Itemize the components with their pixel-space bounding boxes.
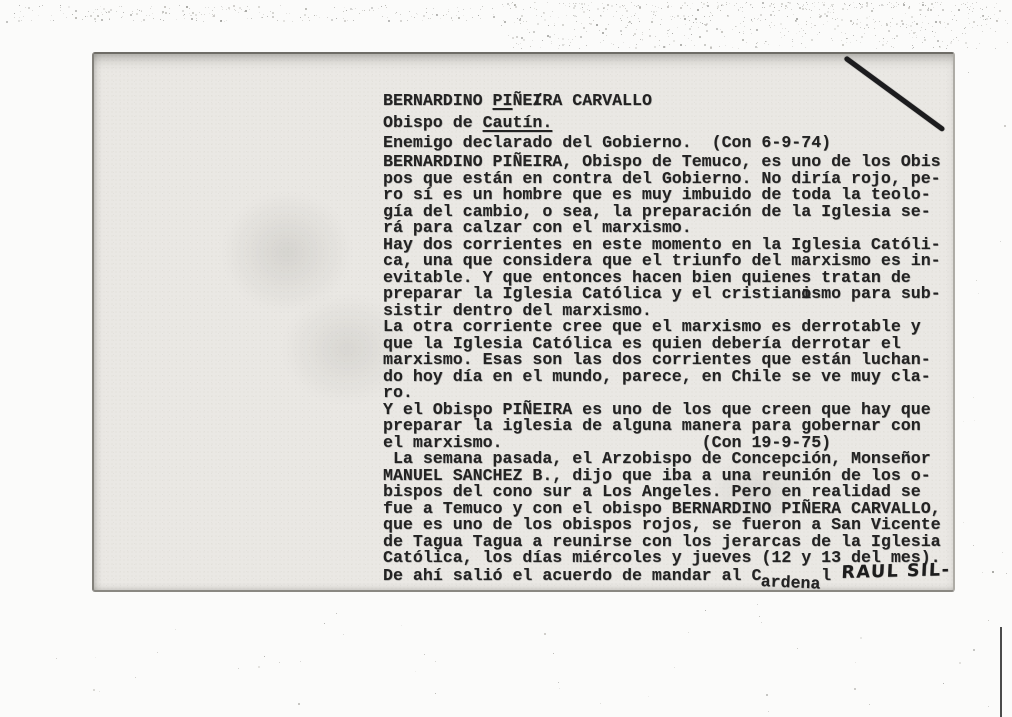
- typewritten-line: Obispo de Cautín.: [383, 115, 953, 132]
- text-segment: ÑE: [512, 91, 532, 110]
- text-segment: Cautín.: [483, 113, 553, 132]
- paper-smudge: [222, 192, 352, 312]
- typewritten-text: BERNARDINO PIÑEI/RA CARVALLOObispo de Ca…: [383, 93, 953, 583]
- text-segment: l: [821, 566, 841, 585]
- text-segment: RA CARVALLO: [542, 91, 652, 110]
- text-segment: smo para sub-: [811, 284, 940, 303]
- text-segment: BERNARDINO: [383, 91, 493, 110]
- index-card: BERNARDINO PIÑEI/RA CARVALLOObispo de Ca…: [92, 52, 955, 592]
- text-segment: do hoy día en el mundo, parece, en Chile…: [383, 367, 931, 386]
- text-segment: ardena: [761, 574, 821, 593]
- text-segment: De ahí salió el acuerdo de mandar al C: [383, 566, 761, 585]
- text-segment: PI: [493, 91, 513, 110]
- typewritten-line: Enemigo declarado del Gobierno. (Con 6-9…: [383, 135, 953, 152]
- typewritten-line: do hoy día en el mundo, parece, en Chile…: [383, 369, 953, 386]
- text-segment: io: [801, 286, 811, 303]
- scanner-edge-artifact: [1000, 627, 1002, 717]
- text-segment: Obispo de: [383, 113, 483, 132]
- handwritten-annotation: RAUL SIL-: [841, 562, 951, 581]
- typewritten-line: BERNARDINO PIÑEI/RA CARVALLO: [383, 93, 953, 110]
- text-segment: Enemigo declarado del Gobierno. (Con 6-9…: [383, 133, 831, 152]
- scanned-document-page: BERNARDINO PIÑEI/RA CARVALLOObispo de Ca…: [0, 0, 1012, 717]
- typewritten-line: De ahí salió el acuerdo de mandar al Car…: [383, 567, 953, 584]
- text-segment: I/: [532, 93, 542, 110]
